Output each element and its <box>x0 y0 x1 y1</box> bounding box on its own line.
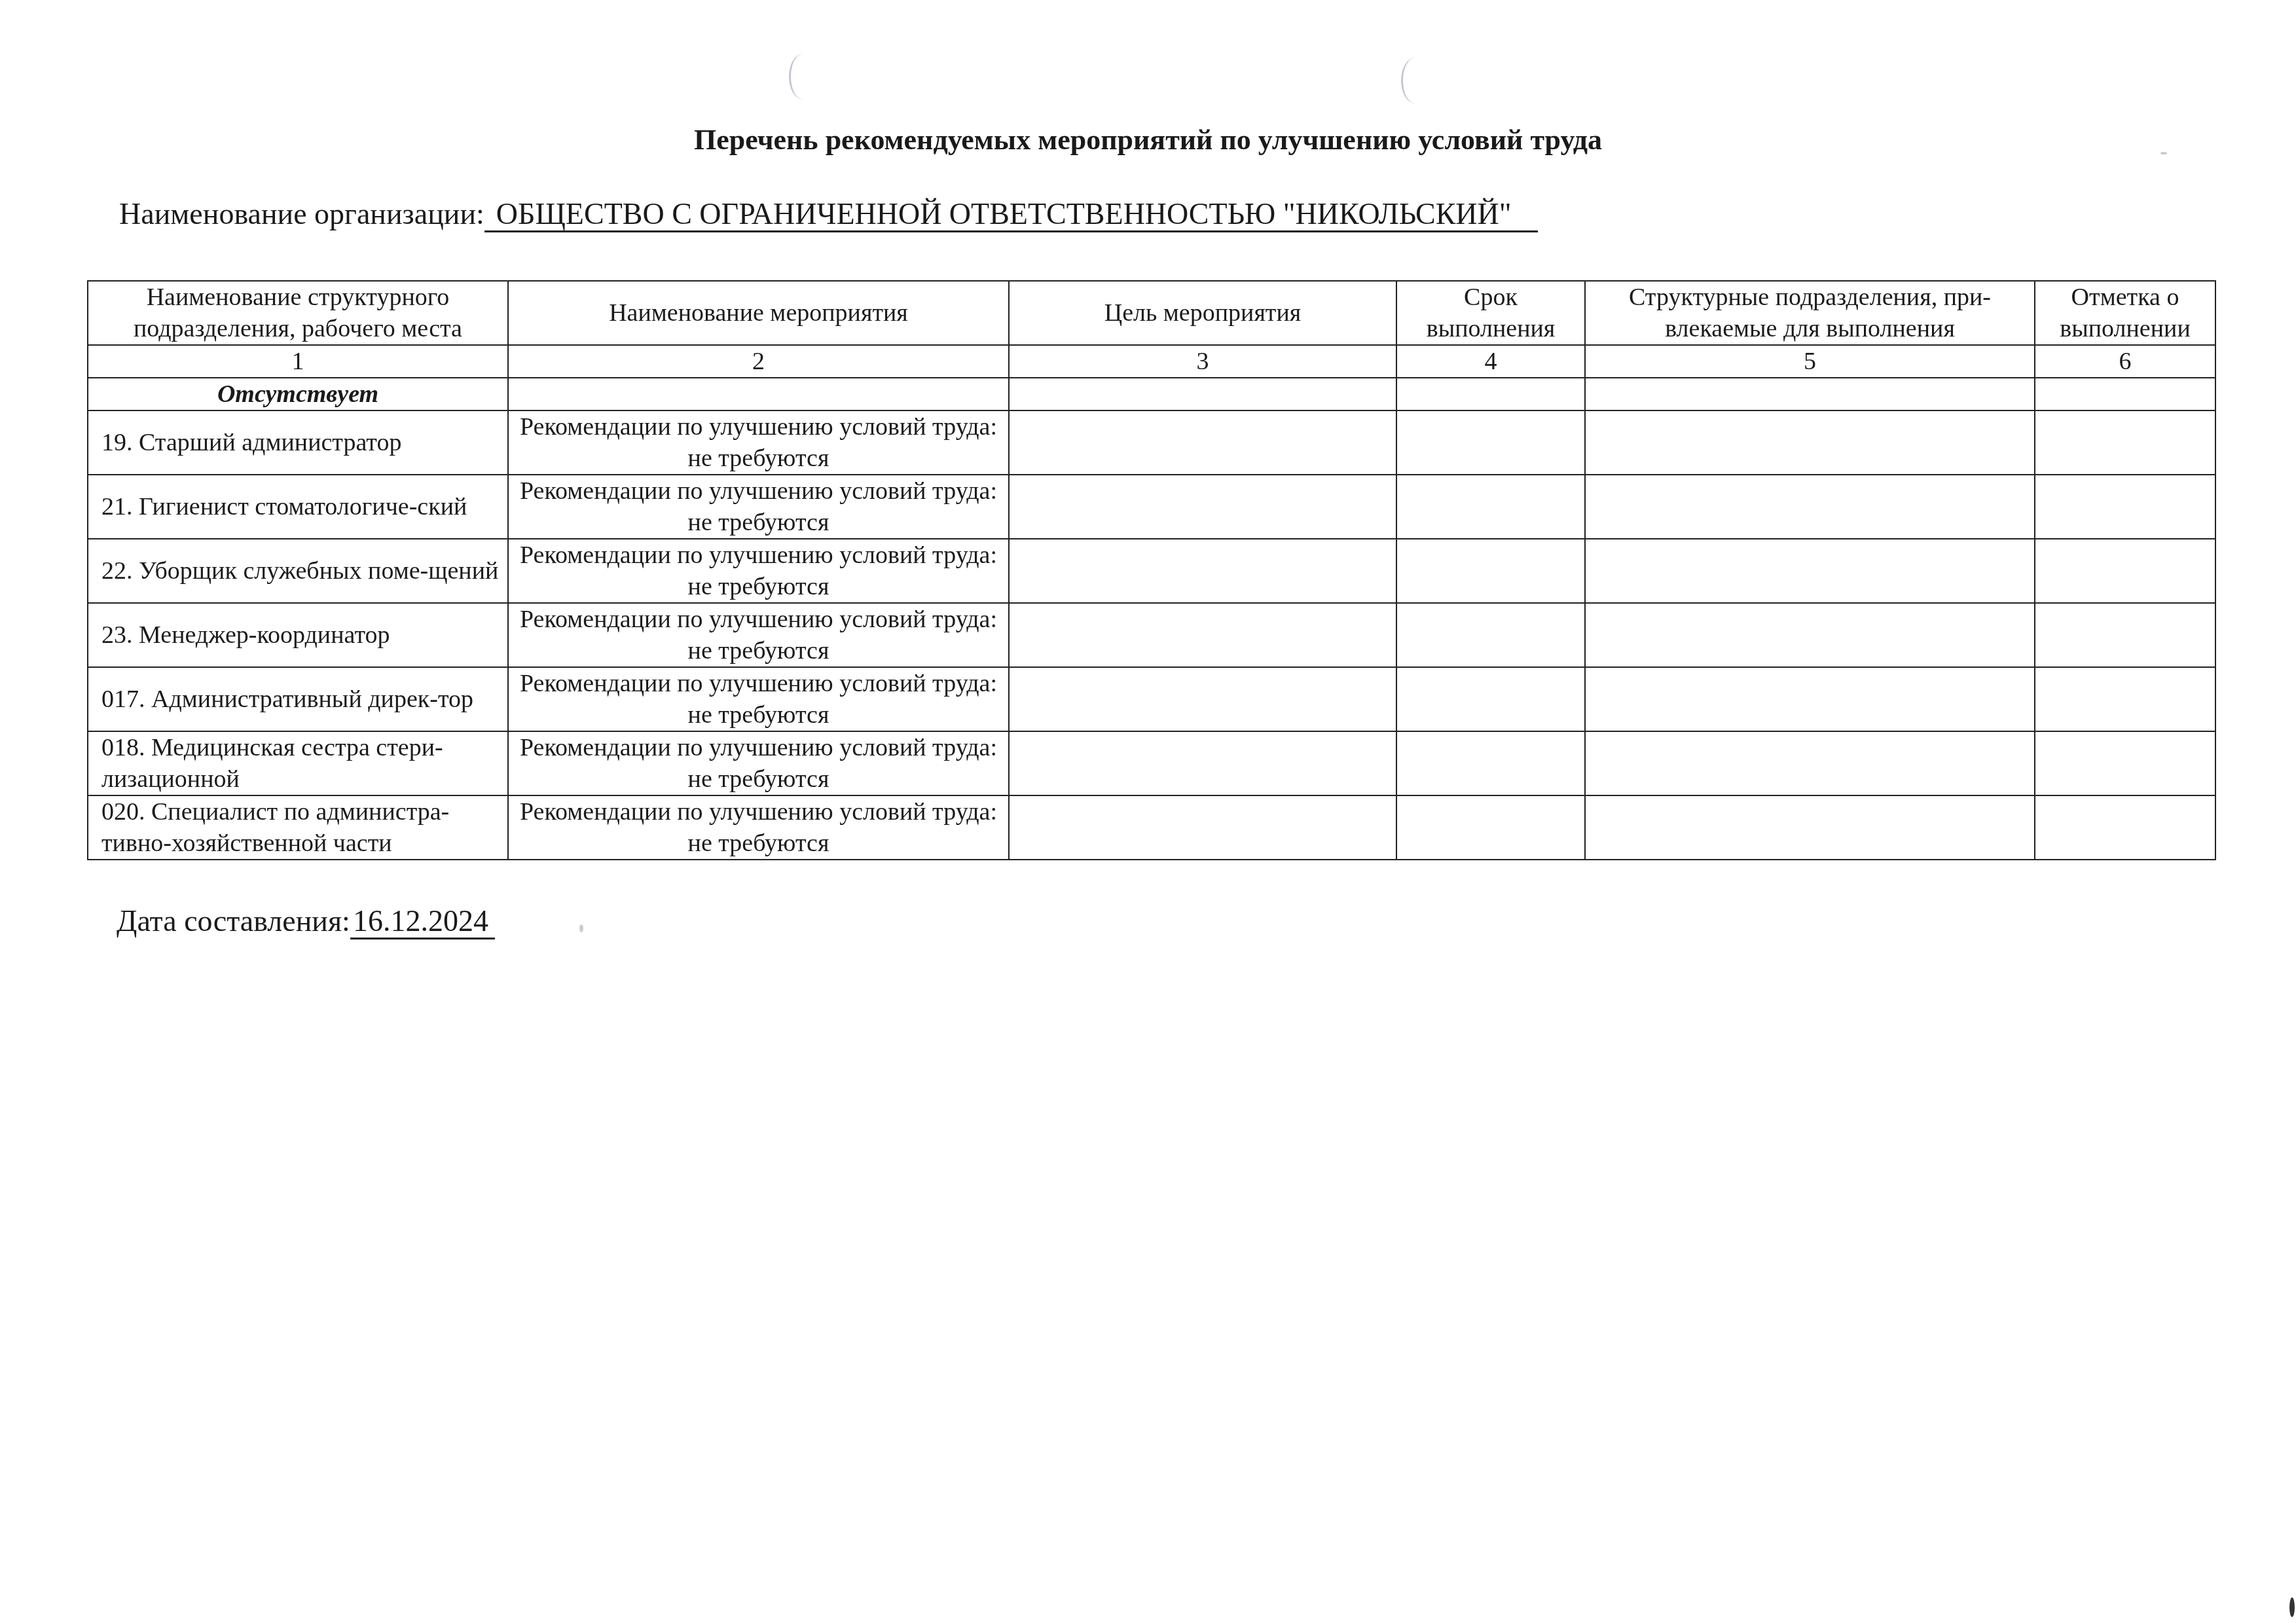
goal-cell <box>1009 539 1396 603</box>
organization-label: Наименование организации: <box>119 197 484 230</box>
deadline-cell <box>1396 475 1585 539</box>
column-number: 5 <box>1585 345 2035 378</box>
column-number: 4 <box>1396 345 1585 378</box>
table-header-row: Наименование структурного подразделения,… <box>88 281 2215 345</box>
scan-hole-mark-left <box>789 54 817 100</box>
workplace-cell: 018. Медицинская сестра стери-лизационно… <box>88 731 508 795</box>
measure-cell: Рекомендации по улучшению условий труда:… <box>508 667 1009 731</box>
organization-name: ОБЩЕСТВО С ОГРАНИЧЕННОЙ ОТВЕТСТВЕННОСТЬЮ… <box>484 197 1538 232</box>
deadline-cell <box>1396 539 1585 603</box>
header-departments: Структурные подразделения, при-влекаемые… <box>1585 281 2035 345</box>
empty-cell <box>1396 378 1585 410</box>
table-row: 23. Менеджер-координаторРекомендации по … <box>88 603 2215 667</box>
measure-cell: Рекомендации по улучшению условий труда:… <box>508 795 1009 860</box>
header-measure: Наименование мероприятия <box>508 281 1009 345</box>
mark-cell <box>2035 731 2215 795</box>
column-number: 2 <box>508 345 1009 378</box>
column-number: 3 <box>1009 345 1396 378</box>
header-deadline: Срок выполнения <box>1396 281 1585 345</box>
workplace-cell: 19. Старший администратор <box>88 410 508 475</box>
departments-cell <box>1585 539 2035 603</box>
goal-cell <box>1009 731 1396 795</box>
goal-cell <box>1009 667 1396 731</box>
header-workplace: Наименование структурного подразделения,… <box>88 281 508 345</box>
goal-cell <box>1009 410 1396 475</box>
departments-cell <box>1585 667 2035 731</box>
column-number: 1 <box>88 345 508 378</box>
measure-cell: Рекомендации по улучшению условий труда:… <box>508 731 1009 795</box>
workplace-cell: 22. Уборщик служебных поме-щений <box>88 539 508 603</box>
deadline-cell <box>1396 795 1585 860</box>
goal-cell <box>1009 475 1396 539</box>
date-label: Дата составления: <box>117 904 350 938</box>
table-row: 19. Старший администраторРекомендации по… <box>88 410 2215 475</box>
column-number-row: 1 2 3 4 5 6 <box>88 345 2215 378</box>
scan-speck <box>579 924 583 932</box>
table-row: 020. Специалист по администра-тивно-хозя… <box>88 795 2215 860</box>
departments-cell <box>1585 731 2035 795</box>
deadline-cell <box>1396 603 1585 667</box>
mark-cell <box>2035 603 2215 667</box>
measure-cell: Рекомендации по улучшению условий труда:… <box>508 475 1009 539</box>
table-row: 21. Гигиенист стоматологиче-скийРекоменд… <box>88 475 2215 539</box>
workplace-cell: 23. Менеджер-координатор <box>88 603 508 667</box>
section-label: Отсутствует <box>88 378 508 410</box>
date-value: 16.12.2024 <box>350 904 495 939</box>
table-row: 018. Медицинская сестра стери-лизационно… <box>88 731 2215 795</box>
deadline-cell <box>1396 731 1585 795</box>
column-number: 6 <box>2035 345 2215 378</box>
workplace-cell: 21. Гигиенист стоматологиче-ский <box>88 475 508 539</box>
goal-cell <box>1009 795 1396 860</box>
empty-cell <box>508 378 1009 410</box>
mark-cell <box>2035 539 2215 603</box>
workplace-cell: 017. Административный дирек-тор <box>88 667 508 731</box>
measure-cell: Рекомендации по улучшению условий труда:… <box>508 410 1009 475</box>
measure-cell: Рекомендации по улучшению условий труда:… <box>508 603 1009 667</box>
measures-table: Наименование структурного подразделения,… <box>87 280 2216 860</box>
departments-cell <box>1585 795 2035 860</box>
departments-cell <box>1585 410 2035 475</box>
document-title: Перечень рекомендуемых мероприятий по ул… <box>0 123 2296 156</box>
table-row: 22. Уборщик служебных поме-щенийРекоменд… <box>88 539 2215 603</box>
organization-line: Наименование организации:ОБЩЕСТВО С ОГРА… <box>119 196 1538 231</box>
mark-cell <box>2035 475 2215 539</box>
mark-cell <box>2035 795 2215 860</box>
deadline-cell <box>1396 410 1585 475</box>
empty-cell <box>1585 378 2035 410</box>
empty-cell <box>2035 378 2215 410</box>
departments-cell <box>1585 475 2035 539</box>
goal-cell <box>1009 603 1396 667</box>
scan-hole-mark-right <box>1401 58 1429 103</box>
compilation-date-line: Дата составления:16.12.2024 <box>117 903 495 938</box>
scan-speck <box>2289 1597 2295 1617</box>
mark-cell <box>2035 410 2215 475</box>
deadline-cell <box>1396 667 1585 731</box>
header-goal: Цель мероприятия <box>1009 281 1396 345</box>
departments-cell <box>1585 603 2035 667</box>
empty-cell <box>1009 378 1396 410</box>
table-row: 017. Административный дирек-торРекоменда… <box>88 667 2215 731</box>
workplace-cell: 020. Специалист по администра-тивно-хозя… <box>88 795 508 860</box>
header-mark: Отметка о выполнении <box>2035 281 2215 345</box>
measure-cell: Рекомендации по улучшению условий труда:… <box>508 539 1009 603</box>
mark-cell <box>2035 667 2215 731</box>
section-row: Отсутствует <box>88 378 2215 410</box>
